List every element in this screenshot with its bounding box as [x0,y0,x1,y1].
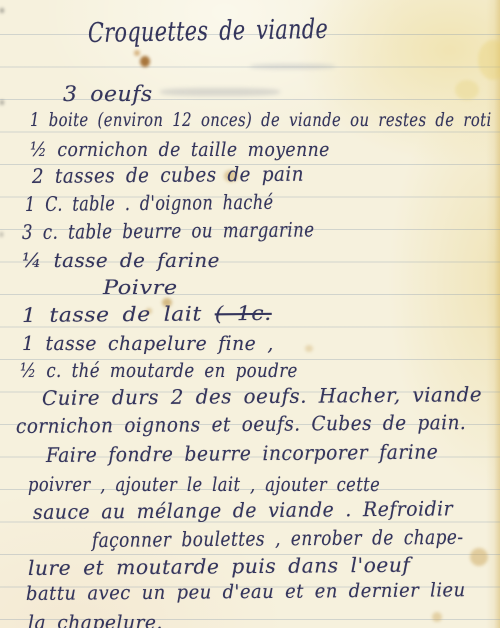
handwriting-text: 2 tasses de cubes de pain [32,162,304,188]
recipe-line-10: 1 tasse chapelure fine , [22,331,274,355]
recipe-line-14: Faire fondre beurre incorporer farine [46,440,438,467]
handwriting-text: ½ c. thé moutarde en poudre [20,358,298,382]
recipe-line-20: la chapelure. [28,610,163,628]
handwriting-text: Croquettes de viande [88,14,329,49]
handwriting-text: 1 boite (environ 12 onces) de viande ou … [30,109,492,131]
recipe-line-8: Poivre [103,275,178,299]
recipe-line-7: ¼ tasse de farine [22,248,220,272]
recipe-line-17: façonner boulettes , enrober de chape- [92,525,464,552]
paper-stain [455,80,479,100]
struck-text: ( 1c. [215,301,272,325]
recipe-line-5: 1 C. table . d'oignon haché [25,190,274,216]
paper-stain [432,612,442,622]
recipe-line-9: 1 tasse de lait ( 1c. [22,301,272,327]
handwriting-text: cornichon oignons et oeufs. Cubes de pai… [16,410,466,438]
handwriting-text: 1 tasse de lait [22,301,215,327]
handwriting-text: ½ cornichon de taille moyenne [30,137,330,161]
handwriting-text: 3 oeufs [63,82,153,106]
handwriting-text: 3 c. table beurre ou margarine [22,217,315,244]
recipe-line-4: 2 tasses de cubes de pain [32,162,304,188]
handwriting-text: la chapelure. [28,610,163,628]
recipe-line-6: 3 c. table beurre ou margarine [22,217,315,244]
recipe-line-13: cornichon oignons et oeufs. Cubes de pai… [16,410,466,438]
paper-stain [140,56,150,67]
handwriting-text: battu avec un peu d'eau et en dernier li… [26,579,466,605]
paper-stain [134,50,140,56]
handwriting-text: ¼ tasse de farine [22,248,220,272]
recipe-line-11: ½ c. thé moutarde en poudre [20,358,298,382]
paper-stain [478,40,500,80]
handwriting-text: poivrer , ajouter le lait , ajouter cett… [28,472,380,496]
recipe-line-15: poivrer , ajouter le lait , ajouter cett… [28,472,380,496]
recipe-line-1: 3 oeufs [63,82,153,106]
handwriting-text: 1 tasse chapelure fine , [22,331,274,355]
handwriting-text: lure et moutarde puis dans l'oeuf [28,553,411,580]
recipe-line-18: lure et moutarde puis dans l'oeuf [28,553,411,580]
handwriting-text: Faire fondre beurre incorporer farine [46,440,438,467]
recipe-line-16: sauce au mélange de viande . Refroidir [33,496,453,524]
recipe-line-3: ½ cornichon de taille moyenne [30,137,330,161]
paper-stain [250,64,335,69]
paper-stain [305,345,313,352]
recipe-line-12: Cuire durs 2 des oeufs. Hacher, viande [42,382,482,410]
handwriting-text: 1 C. table . d'oignon haché [25,190,274,216]
paper-stain [0,100,4,105]
recipe-line-19: battu avec un peu d'eau et en dernier li… [26,579,466,605]
recipe-title: Croquettes de viande [88,14,329,49]
paper-stain [0,8,4,13]
handwriting-text: façonner boulettes , enrober de chape- [92,525,464,552]
paper-stain [0,232,3,237]
handwriting-text: Poivre [103,275,178,299]
recipe-page: Croquettes de viande3 oeufs1 boite (envi… [0,0,500,628]
paper-stain [160,88,280,96]
recipe-line-2: 1 boite (environ 12 onces) de viande ou … [30,109,492,131]
handwriting-text: Cuire durs 2 des oeufs. Hacher, viande [42,382,482,410]
handwriting-text: sauce au mélange de viande . Refroidir [33,496,453,524]
paper-stain [470,548,488,566]
